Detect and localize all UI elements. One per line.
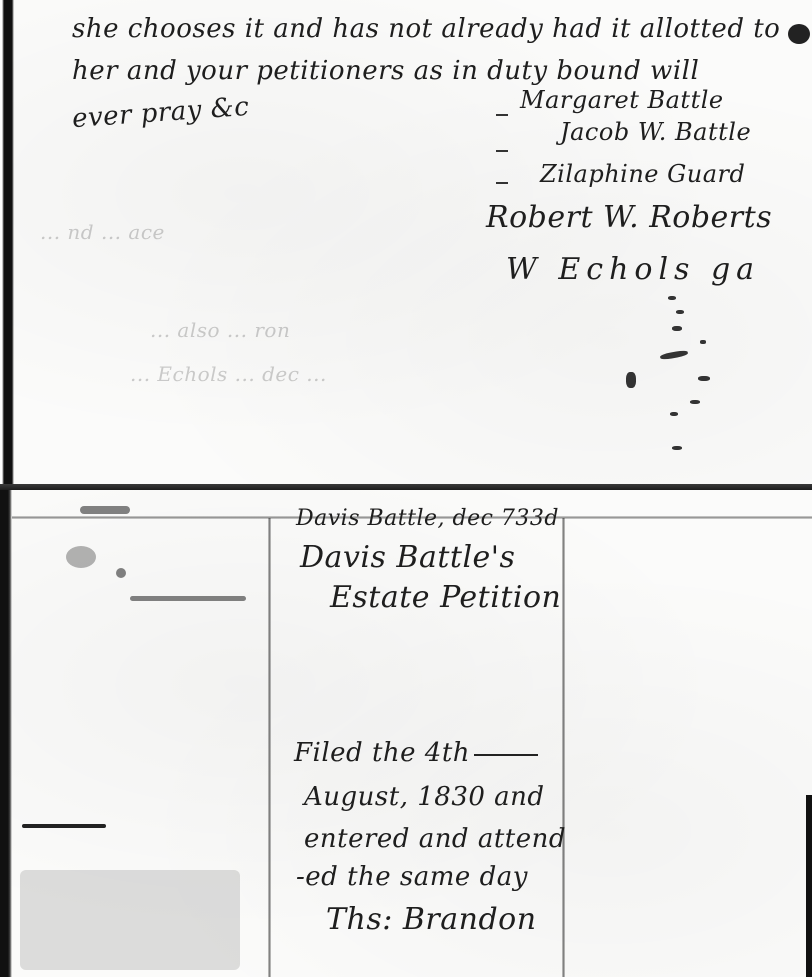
scan-border-right	[806, 795, 812, 977]
document-page-top: she chooses it and has not already had i…	[0, 0, 812, 484]
scan-border-left	[0, 0, 14, 484]
ink-speck	[668, 296, 676, 300]
petition-line-1: she chooses it and has not already had i…	[72, 14, 780, 44]
ink-stain	[116, 568, 126, 578]
ink-smear	[20, 870, 240, 970]
signature-robert-roberts: Robert W. Roberts	[486, 200, 772, 235]
ink-speck	[626, 372, 636, 388]
filing-note-line-1: Filed the 4th	[294, 738, 470, 768]
signature-dash	[496, 114, 508, 116]
petition-line-2: her and your petitioners as in duty boun…	[72, 56, 699, 86]
ink-speck	[660, 350, 689, 361]
signature-dash	[496, 182, 508, 184]
signature-dash	[496, 150, 508, 152]
clerk-signature: Ths: Brandon	[326, 902, 537, 937]
signature-w-echols: W Echols ga	[506, 252, 760, 287]
signature-margaret-battle: Margaret Battle	[520, 86, 724, 114]
document-page-bottom: Davis Battle, dec 733d Davis Battle's Es…	[0, 490, 812, 977]
ink-stain	[130, 596, 246, 601]
bleed-through-text: ... nd ... ace	[40, 220, 165, 244]
ink-speck	[700, 340, 706, 344]
filing-note-line-3: entered and attend	[304, 824, 566, 854]
ink-speck	[672, 446, 682, 450]
ink-stain	[22, 824, 106, 828]
paper-fold-vertical	[268, 518, 271, 977]
ink-speck	[670, 412, 678, 416]
scan-border-left	[0, 490, 12, 977]
filing-note-line-4: -ed the same day	[296, 862, 528, 892]
paper-fold-vertical	[562, 518, 565, 977]
ink-blot	[788, 24, 810, 44]
petition-line-3: ever pray &c	[71, 92, 250, 134]
bleed-through-text: ... Echols ... dec ...	[130, 362, 327, 386]
docket-title-line-2: Estate Petition	[330, 580, 561, 615]
signature-jacob-battle: Jacob W. Battle	[560, 118, 751, 146]
ink-speck	[698, 376, 710, 381]
ink-speck	[676, 310, 684, 314]
docket-reference: Davis Battle, dec 733d	[296, 506, 559, 531]
signature-zilaphine-guard: Zilaphine Guard	[540, 160, 745, 188]
bleed-through-text: ... also ... ron	[150, 318, 290, 342]
ink-speck	[672, 326, 682, 331]
docket-title-line-1: Davis Battle's	[300, 540, 515, 575]
ink-stain	[66, 546, 96, 568]
underline	[474, 754, 538, 756]
filing-note-line-2: August, 1830 and	[304, 782, 545, 812]
ink-stain	[80, 506, 130, 514]
ink-speck	[690, 400, 700, 404]
